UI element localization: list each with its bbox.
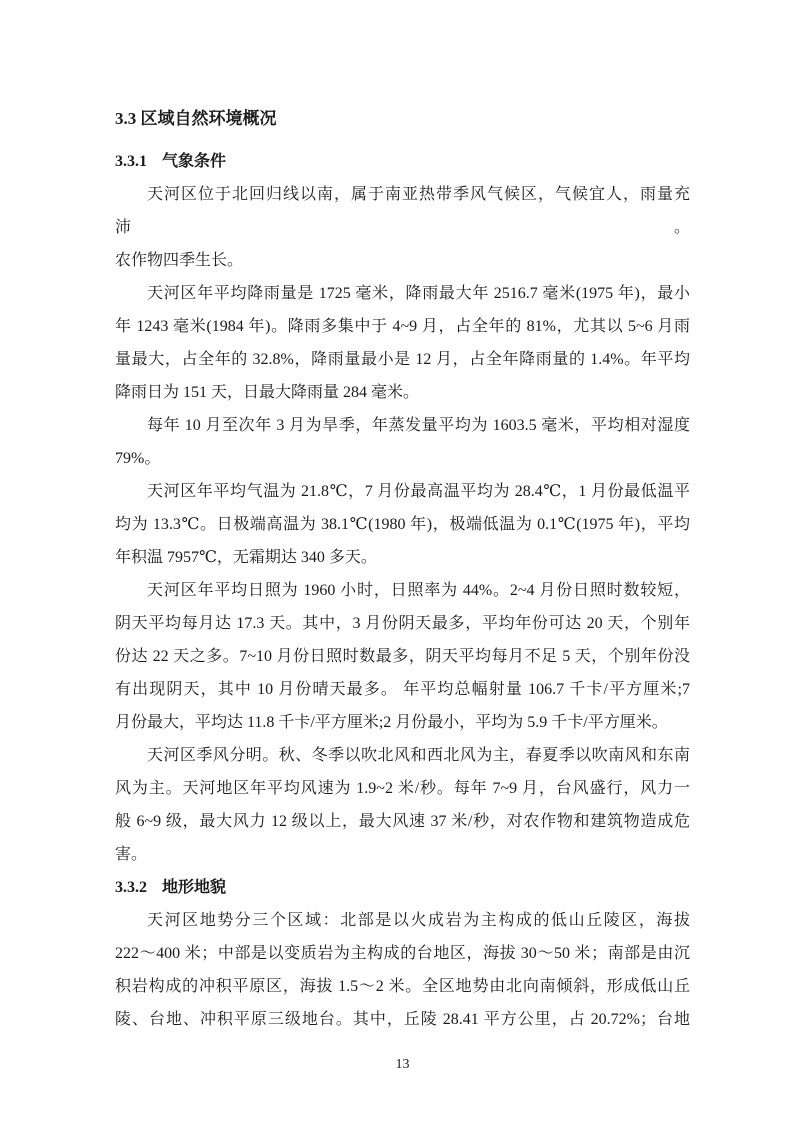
text-line: 般 6~9 级，最大风力 12 级以上，最大风速 37 米/秒，对农作物和建筑物… bbox=[115, 805, 690, 838]
text-line: 每年 10 月至次年 3 月为旱季，年蒸发量平均为 1603.5 毫米，平均相对… bbox=[115, 409, 690, 442]
text-line: 份达 22 天之多。7~10 月份日照时数最多，阴天平均每月不足 5 天，个别年… bbox=[115, 640, 690, 673]
text-line: 害。 bbox=[115, 838, 690, 871]
text-line: 月份最大，平均达 11.8 千卡/平方厘米;2 月份最小，平均为 5.9 千卡/… bbox=[115, 706, 690, 739]
paragraph-sunshine: 天河区年平均日照为 1960 小时，日照率为 44%。2~4 月份日照时数较短，… bbox=[115, 574, 690, 739]
section-heading: 3.3 区域自然环境概况 bbox=[115, 102, 690, 135]
text-line: 有出现阴天，其中 10 月份晴天最多。 年平均总幅射量 106.7 千卡/平方厘… bbox=[115, 673, 690, 706]
text-line: 天河区年平均日照为 1960 小时，日照率为 44%。2~4 月份日照时数较短， bbox=[115, 574, 690, 607]
text-line: 风为主。天河地区年平均风速为 1.9~2 米/秒。每年 7~9 月，台风盛行，风… bbox=[115, 772, 690, 805]
text-line: 积岩构成的冲积平原区，海拔 1.5～2 米。全区地势由北向南倾斜，形成低山丘 bbox=[115, 970, 690, 1003]
text-line: 量最大，占全年的 32.8%，降雨量最小是 12 月，占全年降雨量的 1.4%。… bbox=[115, 343, 690, 376]
subsection-heading-meteorology: 3.3.1气象条件 bbox=[115, 145, 690, 178]
text-line: 降雨日为 151 天，日最大降雨量 284 毫米。 bbox=[115, 376, 690, 409]
subsection-title: 地形地貌 bbox=[162, 879, 226, 896]
paragraph-climate-overview: 天河区位于北回归线以南，属于南亚热带季风气候区，气候宜人，雨量充沛。 农作物四季… bbox=[115, 178, 690, 277]
page-number: 13 bbox=[115, 1048, 690, 1081]
paragraph-rainfall: 天河区年平均降雨量是 1725 毫米，降雨最大年 2516.7 毫米(1975 … bbox=[115, 277, 690, 409]
paragraph-dry-season: 每年 10 月至次年 3 月为旱季，年蒸发量平均为 1603.5 毫米，平均相对… bbox=[115, 409, 690, 475]
paragraph-monsoon: 天河区季风分明。秋、冬季以吹北风和西北风为主，春夏季以吹南风和东南 风为主。天河… bbox=[115, 739, 690, 871]
text-line: 天河区年平均降雨量是 1725 毫米，降雨最大年 2516.7 毫米(1975 … bbox=[115, 277, 690, 310]
text-line: 均为 13.3℃。日极端高温为 38.1℃(1980 年)，极端低温为 0.1℃… bbox=[115, 508, 690, 541]
text-line: 天河区地势分三个区域：北部是以火成岩为主构成的低山丘陵区，海拔 bbox=[115, 904, 690, 937]
text-line: 阴天平均每月达 17.3 天。其中，3 月份阴天最多，平均年份可达 20 天，个… bbox=[115, 607, 690, 640]
text-line: 天河区位于北回归线以南，属于南亚热带季风气候区，气候宜人，雨量充沛。 bbox=[115, 178, 690, 244]
text-line: 222～400 米；中部是以变质岩为主构成的台地区，海拔 30～50 米；南部是… bbox=[115, 937, 690, 970]
text-line: 天河区年平均气温为 21.8℃，7 月份最高温平均为 28.4℃，1 月份最低温… bbox=[115, 475, 690, 508]
subsection-heading-terrain: 3.3.2地形地貌 bbox=[115, 871, 690, 904]
text-line: 农作物四季生长。 bbox=[115, 244, 690, 277]
text-line: 年 1243 毫米(1984 年)。降雨多集中于 4~9 月，占全年的 81%，… bbox=[115, 310, 690, 343]
subsection-number: 3.3.1 bbox=[115, 153, 147, 170]
subsection-title: 气象条件 bbox=[162, 153, 226, 170]
paragraph-temperature: 天河区年平均气温为 21.8℃，7 月份最高温平均为 28.4℃，1 月份最低温… bbox=[115, 475, 690, 574]
document-page: 3.3 区域自然环境概况 3.3.1气象条件 天河区位于北回归线以南，属于南亚热… bbox=[0, 0, 800, 1131]
text-line: 79%。 bbox=[115, 442, 690, 475]
text-line: 天河区季风分明。秋、冬季以吹北风和西北风为主，春夏季以吹南风和东南 bbox=[115, 739, 690, 772]
text-line: 陵、台地、冲积平原三级地台。其中，丘陵 28.41 平方公里，占 20.72%；… bbox=[115, 1003, 690, 1036]
text-line: 年积温 7957℃，无霜期达 340 多天。 bbox=[115, 541, 690, 574]
paragraph-terrain: 天河区地势分三个区域：北部是以火成岩为主构成的低山丘陵区，海拔 222～400 … bbox=[115, 904, 690, 1036]
subsection-number: 3.3.2 bbox=[115, 879, 147, 896]
